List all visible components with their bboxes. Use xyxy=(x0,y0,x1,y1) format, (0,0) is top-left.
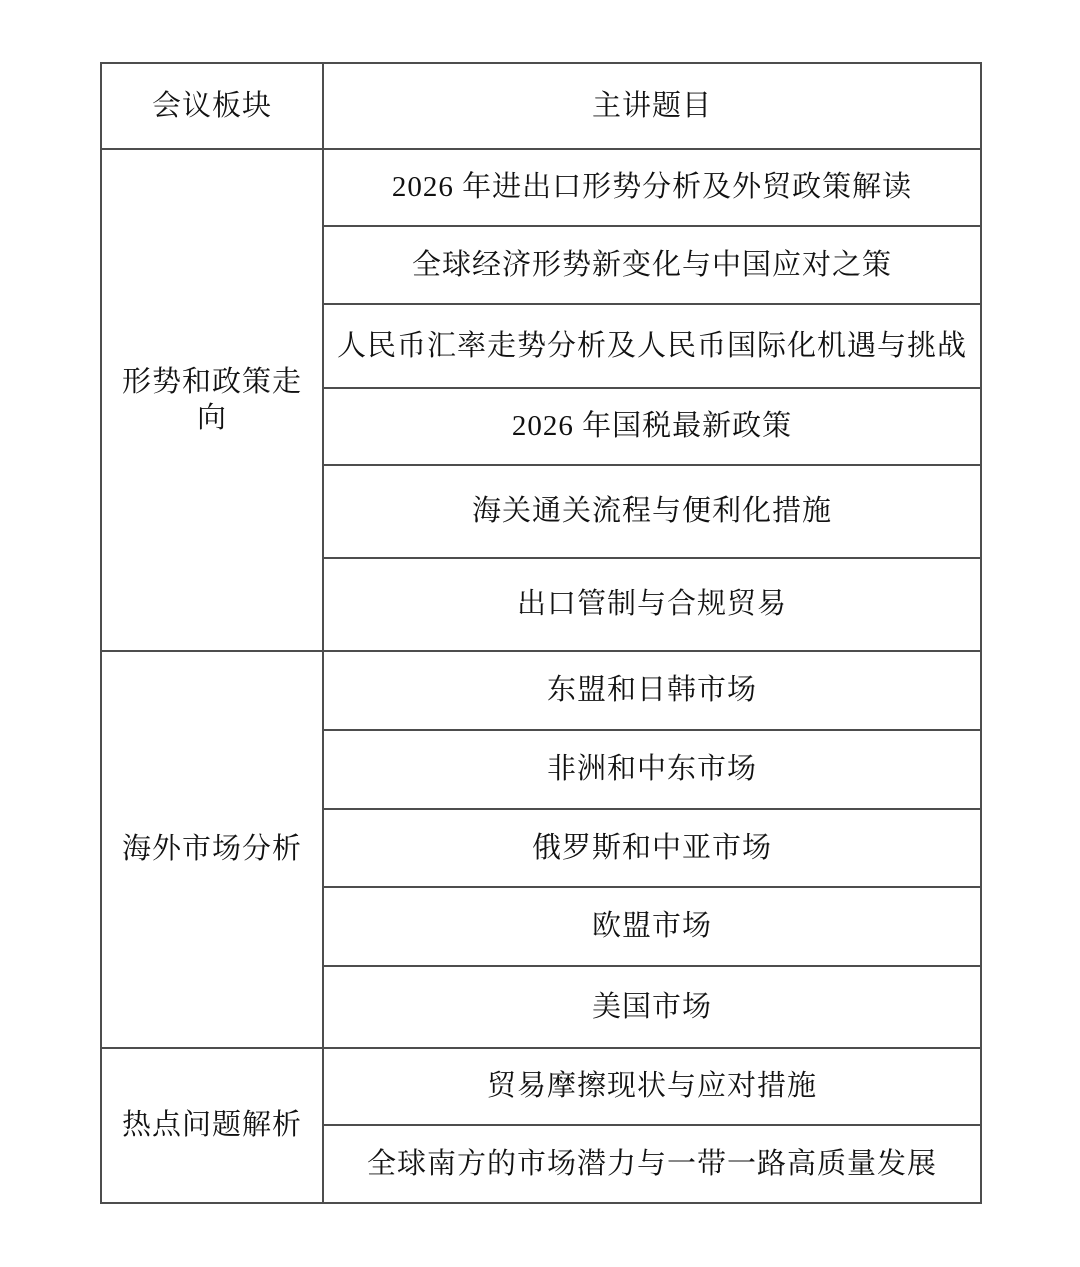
table-header-row: 会议板块 主讲题目 xyxy=(101,63,981,149)
topic-cell: 欧盟市场 xyxy=(323,887,981,966)
topic-cell: 贸易摩擦现状与应对措施 xyxy=(323,1048,981,1125)
section-label-policy-trends: 形势和政策走向 xyxy=(101,149,323,651)
column-header-section: 会议板块 xyxy=(101,63,323,149)
conference-schedule-table: 会议板块 主讲题目 形势和政策走向 2026 年进出口形势分析及外贸政策解读 全… xyxy=(100,62,982,1204)
topic-cell: 2026 年国税最新政策 xyxy=(323,388,981,465)
topic-cell: 全球经济形势新变化与中国应对之策 xyxy=(323,226,981,304)
section-label-overseas-markets: 海外市场分析 xyxy=(101,651,323,1048)
topic-cell: 非洲和中东市场 xyxy=(323,730,981,809)
topic-cell: 人民币汇率走势分析及人民币国际化机遇与挑战 xyxy=(323,304,981,388)
topic-cell: 全球南方的市场潜力与一带一路高质量发展 xyxy=(323,1125,981,1203)
topic-cell: 2026 年进出口形势分析及外贸政策解读 xyxy=(323,149,981,226)
topic-cell: 美国市场 xyxy=(323,966,981,1048)
table-row: 热点问题解析 贸易摩擦现状与应对措施 xyxy=(101,1048,981,1125)
table-row: 形势和政策走向 2026 年进出口形势分析及外贸政策解读 xyxy=(101,149,981,226)
topic-cell: 海关通关流程与便利化措施 xyxy=(323,465,981,558)
column-header-topic: 主讲题目 xyxy=(323,63,981,149)
table-row: 海外市场分析 东盟和日韩市场 xyxy=(101,651,981,730)
topic-cell: 出口管制与合规贸易 xyxy=(323,558,981,651)
topic-cell: 俄罗斯和中亚市场 xyxy=(323,809,981,887)
topic-cell: 东盟和日韩市场 xyxy=(323,651,981,730)
section-label-hot-issues: 热点问题解析 xyxy=(101,1048,323,1203)
